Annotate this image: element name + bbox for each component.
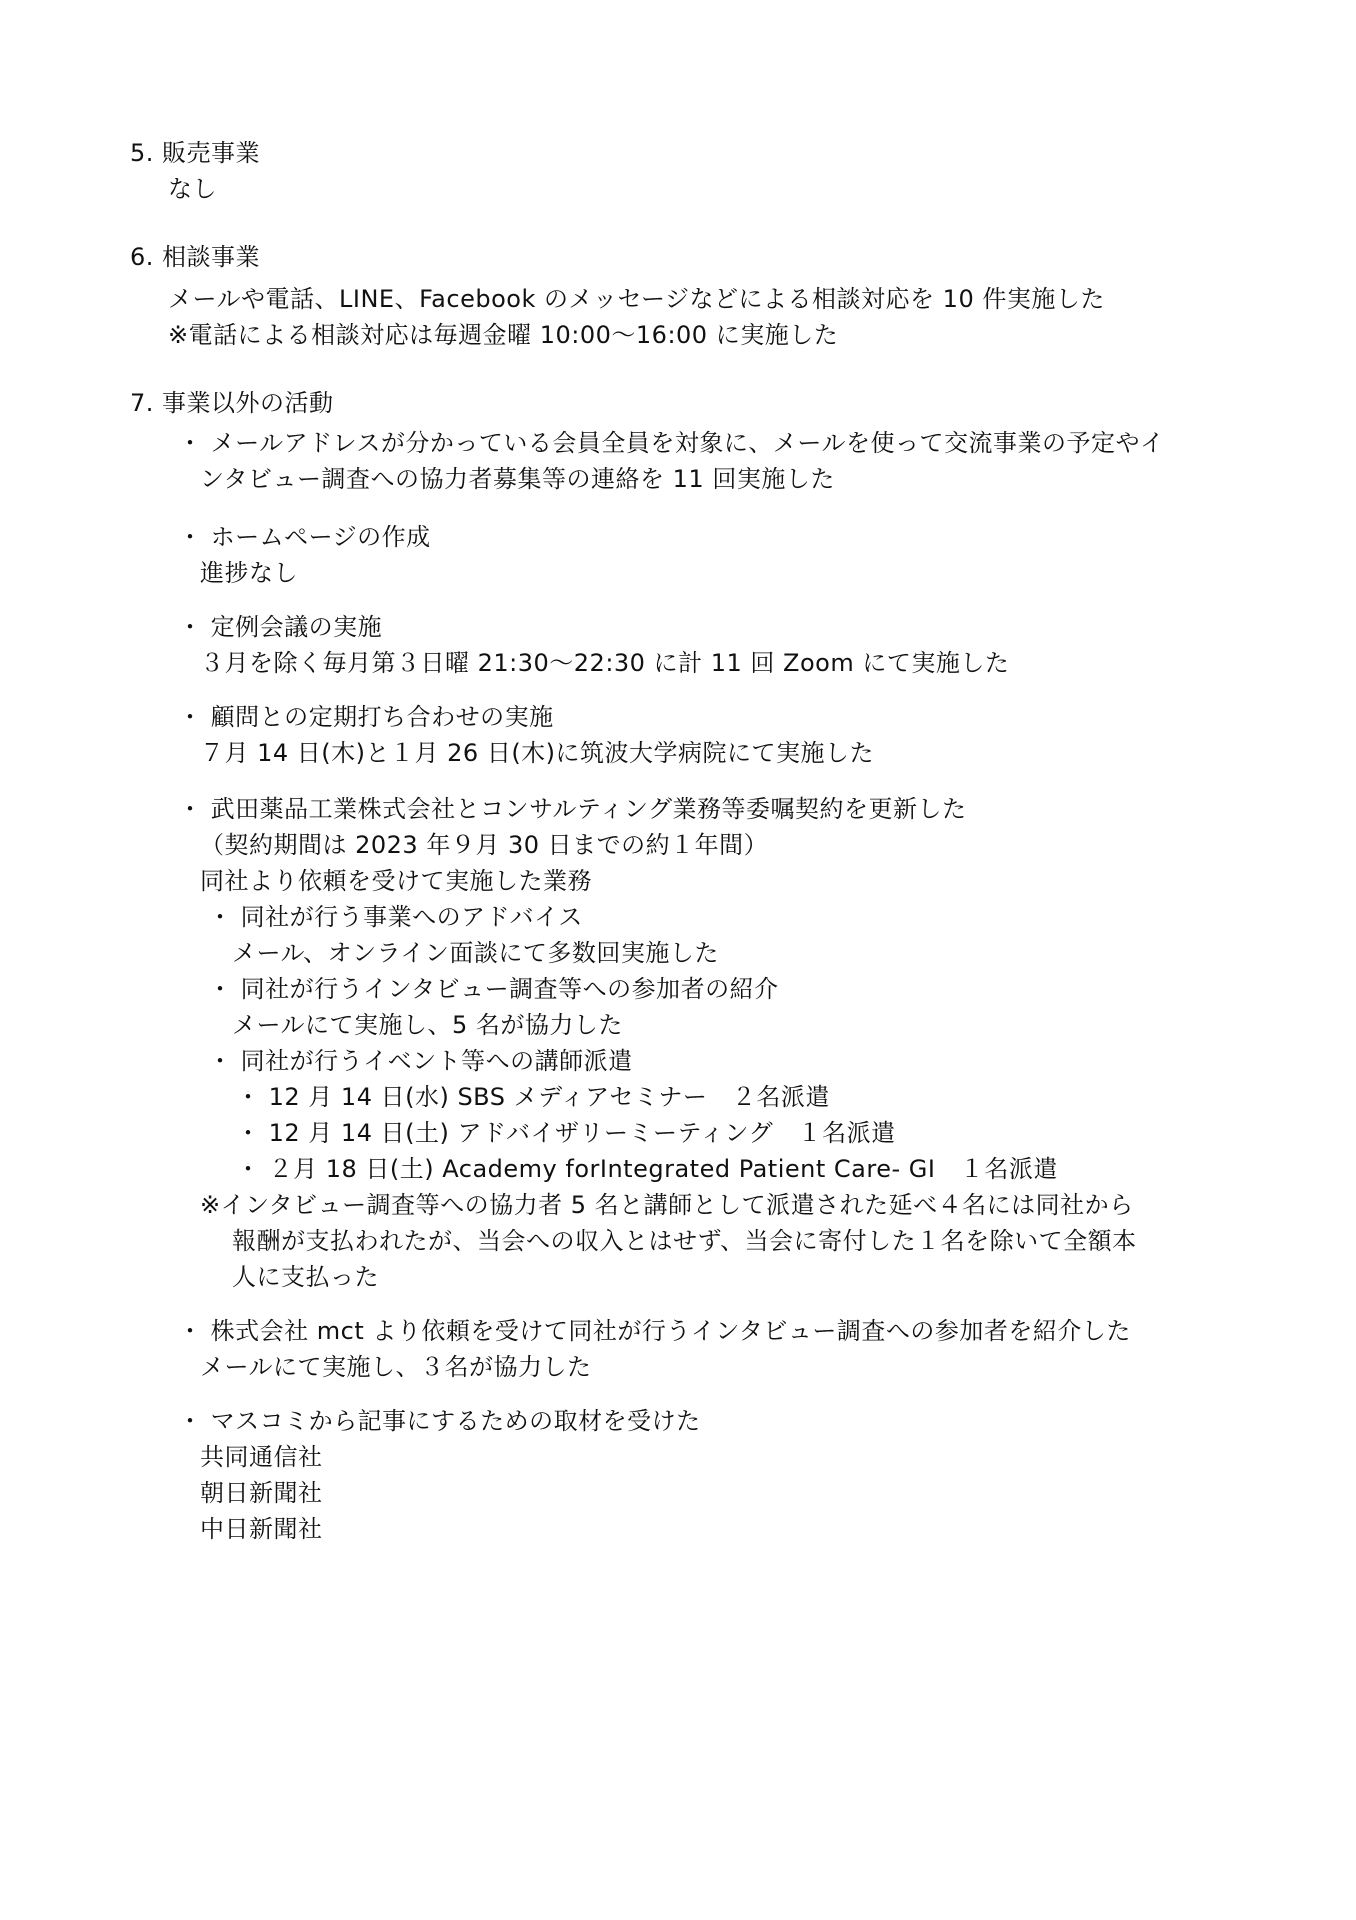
list-item-line: ３月を除く毎月第３日曜 21:30～22:30 に計 11 回 Zoom にて実… (200, 648, 1009, 678)
list-item-line: ７月 14 日(木)と１月 26 日(木)に筑波大学病院にて実施した (200, 738, 874, 768)
section-heading-other-activities: 7. 事業以外の活動 (130, 388, 334, 418)
list-item-line: 同社より依頼を受けて実施した業務 (200, 866, 592, 896)
sub-item-line: ・ 同社が行うイベント等への講師派遣 (208, 1046, 633, 1076)
media-outlet: 中日新聞社 (200, 1514, 323, 1544)
section-heading-consultation: 6. 相談事業 (130, 242, 260, 272)
sub-item-line: ・ 同社が行うインタビュー調査等への参加者の紹介 (208, 974, 779, 1004)
list-item-line: ・ 武田薬品工業株式会社とコンサルティング業務等委嘱契約を更新した (178, 794, 967, 824)
section-body-line: メールや電話、LINE、Facebook のメッセージなどによる相談対応を 10… (168, 284, 1105, 314)
section-body-line: なし (168, 174, 217, 204)
media-outlet: 共同通信社 (200, 1442, 323, 1472)
media-outlet: 朝日新聞社 (200, 1478, 323, 1508)
list-item-line: ・ 顧問との定期打ち合わせの実施 (178, 702, 554, 732)
note-line: 人に支払った (232, 1262, 379, 1292)
list-item-line: ンタビュー調査への協力者募集等の連絡を 11 回実施した (200, 464, 835, 494)
note-line: ※インタビュー調査等への協力者 5 名と講師として派遣された延べ４名には同社から (200, 1190, 1134, 1220)
note-line: 報酬が支払われたが、当会への収入とはせず、当会に寄付した１名を除いて全額本 (232, 1226, 1137, 1256)
sub-item-line: メール、オンライン面談にて多数回実施した (232, 938, 719, 968)
sub-item-line: ・ 同社が行う事業へのアドバイス (208, 902, 583, 932)
list-item-line: メールにて実施し、３名が協力した (200, 1352, 592, 1382)
event-line: ・ 12 月 14 日(土) アドバイザリーミーティング １名派遣 (236, 1118, 896, 1148)
event-line: ・ ２月 18 日(土) Academy forIntegrated Patie… (236, 1154, 1058, 1184)
sub-item-line: メールにて実施し、5 名が協力した (232, 1010, 623, 1040)
list-item-line: ・ メールアドレスが分かっている会員全員を対象に、メールを使って交流事業の予定や… (178, 428, 1164, 458)
list-item-line: ・ 株式会社 mct より依頼を受けて同社が行うインタビュー調査への参加者を紹介… (178, 1316, 1131, 1346)
list-item-line: ・ 定例会議の実施 (178, 612, 382, 642)
event-line: ・ 12 月 14 日(水) SBS メディアセミナー ２名派遣 (236, 1082, 830, 1112)
list-item-line: （契約期間は 2023 年９月 30 日までの約１年間） (200, 830, 768, 860)
list-item-line: ・ マスコミから記事にするための取材を受けた (178, 1406, 701, 1436)
section-heading-sales: 5. 販売事業 (130, 138, 260, 168)
list-item-line: ・ ホームページの作成 (178, 522, 431, 552)
list-item-line: 進捗なし (200, 558, 298, 588)
section-body-note: ※電話による相談対応は毎週金曜 10:00～16:00 に実施した (168, 320, 838, 350)
